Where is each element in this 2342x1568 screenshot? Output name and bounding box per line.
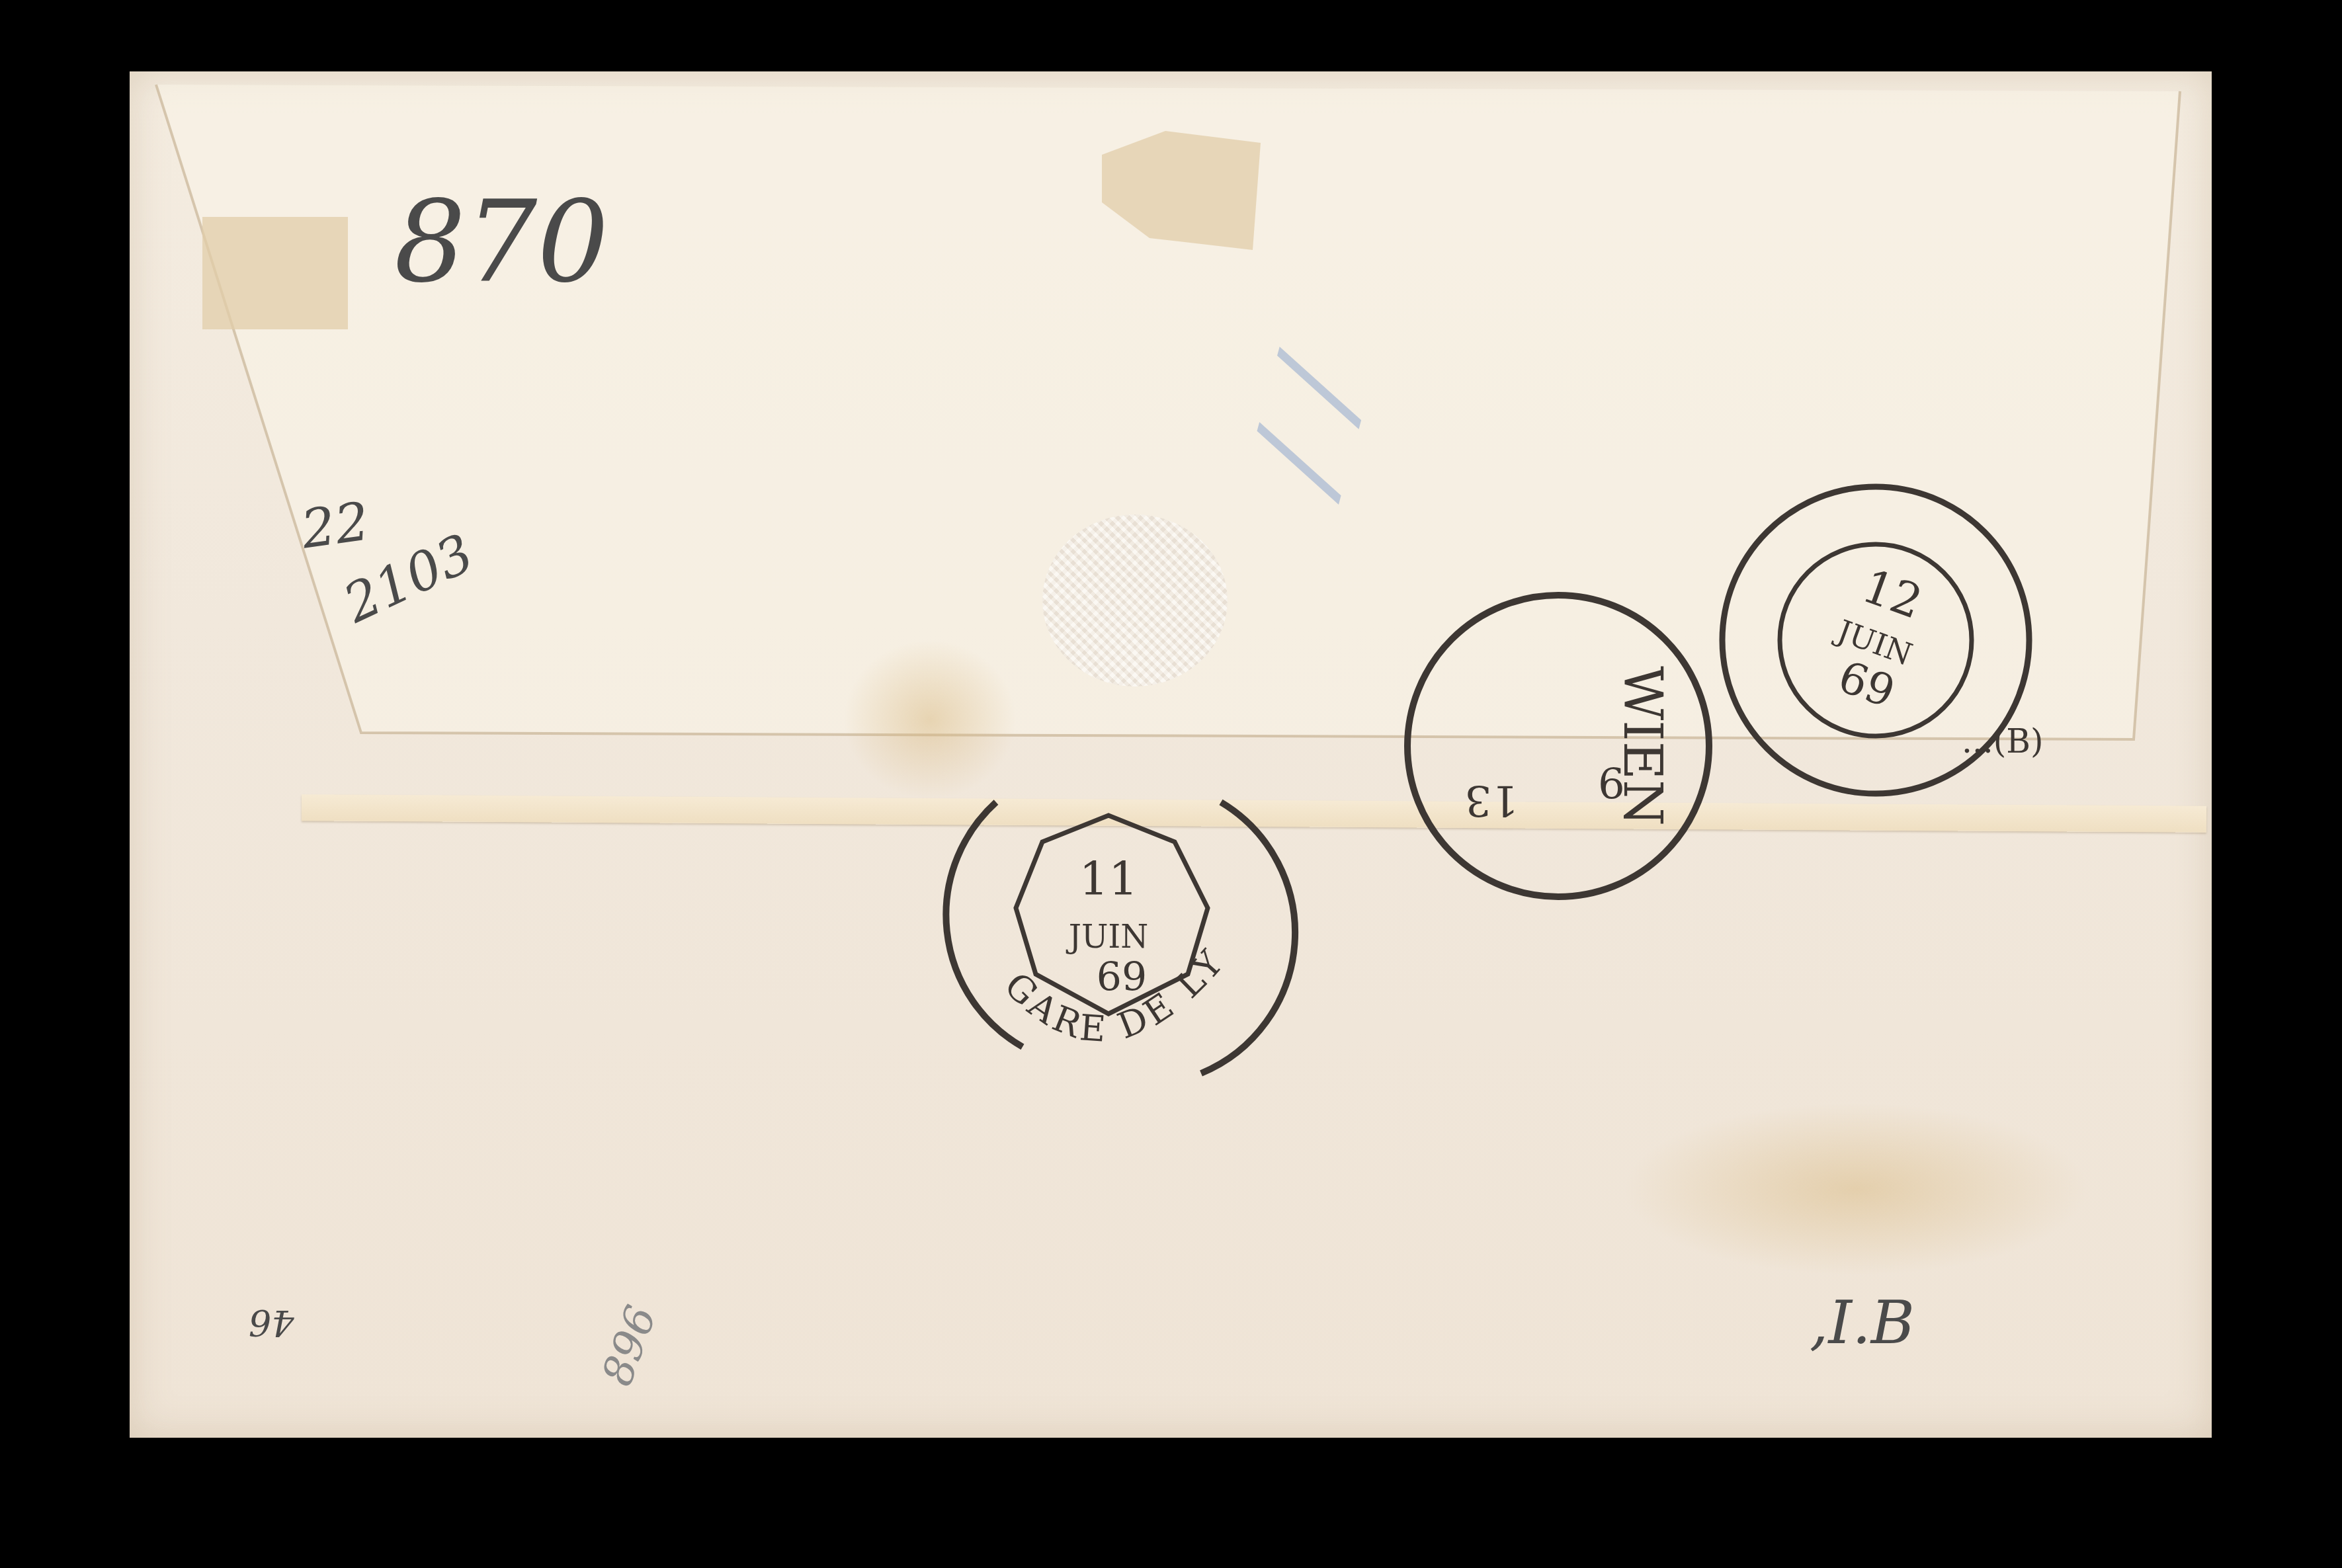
hinge-remnant-left: [202, 217, 348, 329]
postmark-day: 11: [1079, 852, 1138, 906]
postmark-outer-text: ...(B): [1962, 722, 2043, 761]
postmark-day: 12: [1855, 559, 1929, 630]
postmark-12-juin-69: 12 JUIN 69 ...(B): [1710, 475, 2041, 805]
pencil-note-870: 870: [394, 177, 608, 308]
pencil-note-22: 22: [298, 490, 373, 560]
pencil-note-896: 896: [593, 1300, 666, 1392]
pencil-note-ib: ,I.B: [1810, 1288, 1915, 1358]
postmark-year: 69: [1097, 954, 1147, 1001]
seal-embossing: [1042, 515, 1228, 686]
cover-back: / / 870 22 2103 46 896 ,I.B 11 JUIN 69 G…: [130, 71, 2212, 1438]
postmark-day: 13: [1465, 775, 1519, 824]
pencil-note-46: 46: [249, 1301, 294, 1343]
stain: [1624, 1103, 2087, 1275]
postmark-month: JUIN: [1066, 919, 1149, 956]
postmark-month: 6: [1598, 761, 1625, 809]
postmark-gare-de-lyon: 11 JUIN 69 GARE DE LYON: [950, 763, 1267, 1106]
postmark-wien: WIEN 13 6: [1400, 587, 1717, 905]
